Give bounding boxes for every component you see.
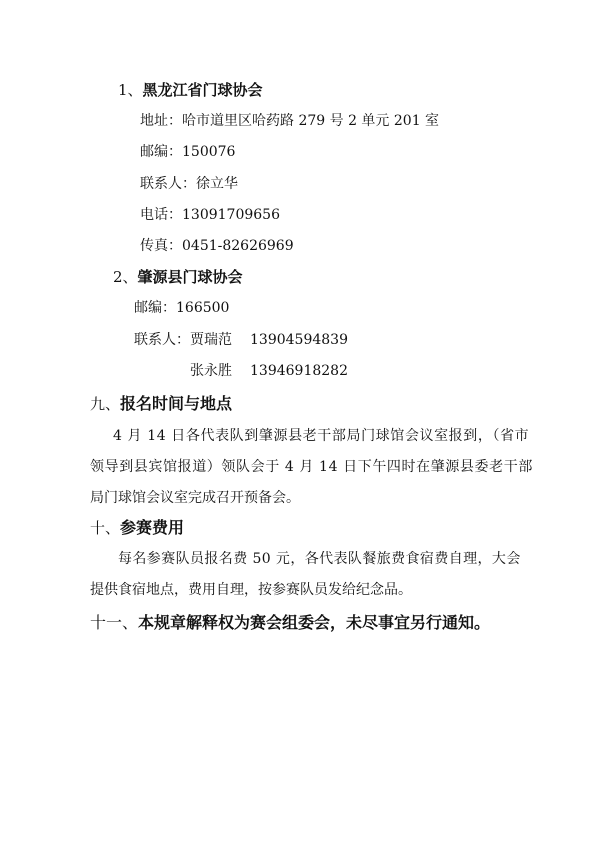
- contact-name: 张永胜: [190, 363, 232, 379]
- contact-name: 贾瑞范: [190, 332, 232, 348]
- org2-number: 2、: [113, 268, 138, 286]
- address-label: 地址：: [140, 113, 182, 129]
- section9-line-3: 局门球馆会议室完成召开预备会。: [90, 489, 300, 507]
- fax-label: 传真：: [140, 238, 182, 254]
- org2-contact-2: 张永胜13946918282: [190, 362, 348, 380]
- postcode-label: 邮编：: [140, 144, 182, 160]
- section10-title: 参赛费用: [120, 518, 184, 537]
- contact-value: 徐立华: [196, 176, 238, 192]
- org1-fax: 传真：0451-82626969: [140, 237, 294, 255]
- section9-line-2: 领导到县宾馆报道）领队会于 4 月 14 日下午四时在肇源县委老干部: [90, 458, 533, 476]
- section10-line-2: 提供食宿地点，费用自理，按参赛队员发给纪念品。: [90, 581, 412, 599]
- postcode-value: 150076: [182, 144, 235, 160]
- fax-value: 0451-82626969: [182, 238, 294, 254]
- org1-phone: 电话：13091709656: [140, 206, 280, 224]
- section10-heading: 十、参赛费用: [90, 519, 184, 537]
- section11-heading: 十一、本规章解释权为赛会组委会，未尽事宜另行通知。: [90, 614, 490, 632]
- postcode-value: 166500: [176, 300, 229, 316]
- org1-contact: 联系人：徐立华: [140, 175, 238, 193]
- org2-name: 肇源县门球协会: [138, 268, 243, 286]
- postcode-label: 邮编：: [134, 300, 176, 316]
- org1-postcode: 邮编：150076: [140, 143, 235, 161]
- address-value: 哈市道里区哈药路 279 号 2 单元 201 室: [182, 113, 439, 129]
- org1-address: 地址：哈市道里区哈药路 279 号 2 单元 201 室: [140, 112, 439, 130]
- section11-number: 十一、: [90, 613, 138, 632]
- org2-postcode: 邮编：166500: [134, 299, 229, 317]
- contact-phone: 13946918282: [250, 363, 348, 379]
- section9-heading: 九、报名时间与地点: [90, 395, 232, 413]
- org1-name: 黑龙江省门球协会: [143, 81, 263, 99]
- contact-phone: 13904594839: [250, 332, 348, 348]
- section10-number: 十、: [90, 519, 120, 537]
- org2-heading: 2、肇源县门球协会: [113, 268, 243, 286]
- section9-title: 报名时间与地点: [120, 394, 232, 413]
- org2-contact-1: 联系人：贾瑞范13904594839: [134, 331, 348, 349]
- section9-number: 九、: [90, 395, 120, 413]
- org1-heading: 1、黑龙江省门球协会: [118, 81, 263, 99]
- phone-label: 电话：: [140, 207, 182, 223]
- org1-number: 1、: [118, 81, 143, 99]
- contact-label: 联系人：: [140, 176, 196, 192]
- section9-line-1: 4 月 14 日各代表队到肇源县老干部局门球馆会议室报到，（省市: [113, 427, 529, 445]
- phone-value: 13091709656: [182, 207, 280, 223]
- section10-line-1: 每名参赛队员报名费 50 元，各代表队餐旅费食宿费自理，大会: [118, 550, 521, 568]
- section11-title: 本规章解释权为赛会组委会，未尽事宜另行通知。: [138, 613, 490, 632]
- contact-label: 联系人：: [134, 332, 190, 348]
